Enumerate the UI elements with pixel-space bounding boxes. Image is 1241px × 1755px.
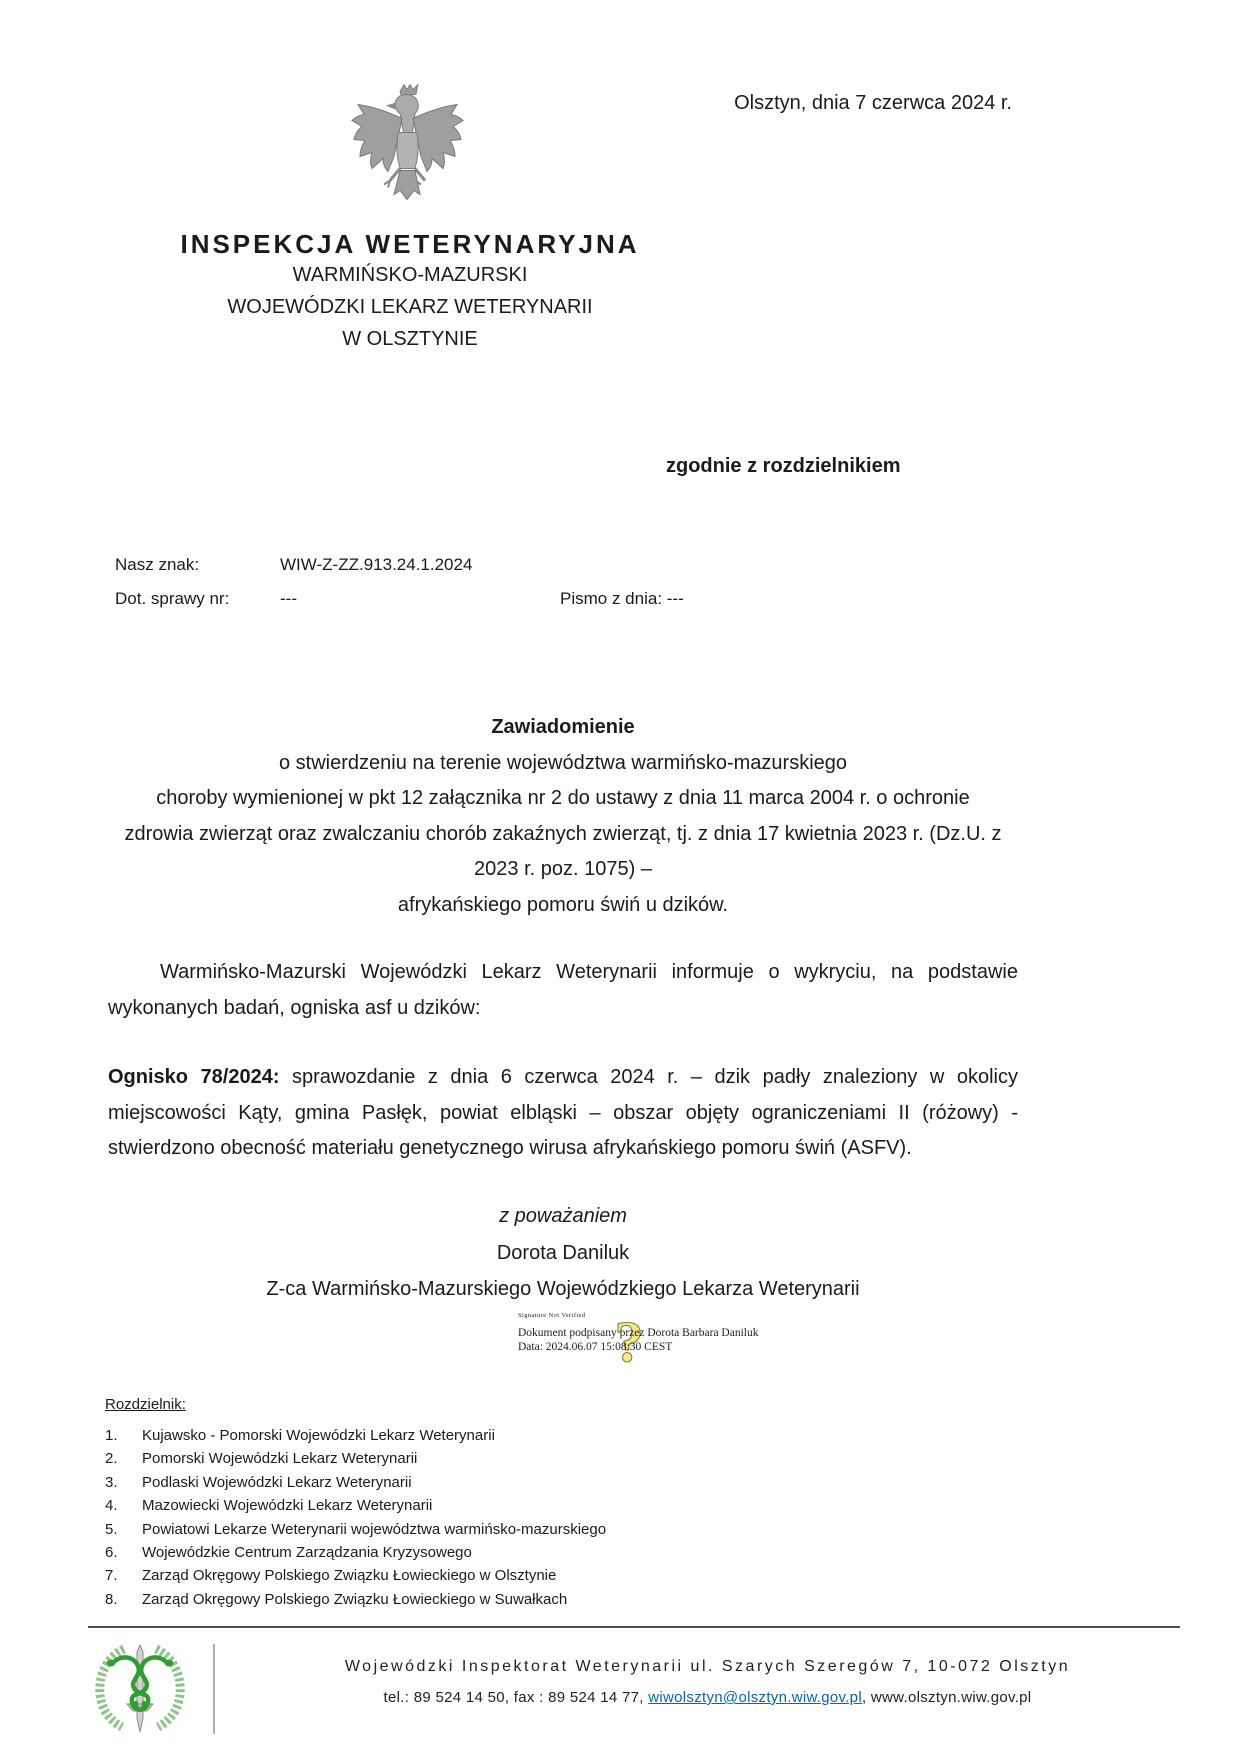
footer-tel-fax: tel.: 89 524 14 50, fax : 89 524 14 77, bbox=[384, 1689, 649, 1706]
distribution-list: 1. Kujawsko - Pomorski Wojewódzki Lekarz… bbox=[105, 1424, 905, 1611]
item-number: 2. bbox=[105, 1447, 142, 1470]
org-header: INSPEKCJA WETERYNARYJNA WARMIŃSKO-MAZURS… bbox=[100, 229, 720, 355]
dot-sprawy-value: --- bbox=[280, 589, 297, 609]
list-item: 7. Zarząd Okręgowy Polskiego Związku Łow… bbox=[105, 1564, 905, 1587]
list-item: 1. Kujawsko - Pomorski Wojewódzki Lekarz… bbox=[105, 1424, 905, 1447]
item-number: 6. bbox=[105, 1541, 142, 1564]
list-item: 2. Pomorski Wojewódzki Lekarz Weterynari… bbox=[105, 1447, 905, 1470]
nasz-znak-value: WIW-Z-ZZ.913.24.1.2024 bbox=[280, 555, 472, 575]
stamp-header: Signature Not Verified bbox=[518, 1312, 798, 1319]
stamp-signed-by: Dokument podpisany przez Dorota Barbara … bbox=[518, 1326, 798, 1340]
signer-name: Dorota Daniluk bbox=[108, 1235, 1018, 1272]
letter-page: Olsztyn, dnia 7 czerwca 2024 r. INSPEKCJ… bbox=[0, 0, 1241, 1755]
notice-line: zdrowia zwierząt oraz zwalczaniu chorób … bbox=[108, 817, 1018, 853]
intro-paragraph: Warmińsko-Mazurski Wojewódzki Lekarz Wet… bbox=[108, 955, 1018, 1026]
stamp-date: Data: 2024.06.07 15:08:30 CEST bbox=[518, 1340, 798, 1354]
item-text: Zarząd Okręgowy Polskiego Związku Łowiec… bbox=[142, 1564, 556, 1587]
footer-vertical-divider bbox=[213, 1644, 215, 1734]
veterinary-inspection-logo-icon bbox=[90, 1642, 190, 1742]
item-text: Podlaski Wojewódzki Lekarz Weterynarii bbox=[142, 1471, 412, 1494]
footer-email-link[interactable]: wiwolsztyn@olsztyn.wiw.gov.pl bbox=[648, 1689, 862, 1706]
addressee-note: zgodnie z rozdzielnikiem bbox=[666, 455, 900, 478]
org-title: INSPEKCJA WETERYNARYJNA bbox=[100, 229, 720, 259]
pismo-z-dnia: Pismo z dnia: --- bbox=[560, 589, 684, 609]
item-number: 5. bbox=[105, 1518, 142, 1541]
org-subtitle-city: W OLSZTYNIE bbox=[100, 323, 720, 355]
notice-line: afrykańskiego pomoru świń u dzików. bbox=[108, 888, 1018, 924]
notice-line: o stwierdzeniu na terenie województwa wa… bbox=[108, 746, 1018, 782]
item-text: Kujawsko - Pomorski Wojewódzki Lekarz We… bbox=[142, 1424, 495, 1447]
polish-eagle-emblem-icon bbox=[350, 82, 465, 208]
org-subtitle-office: WOJEWÓDZKI LEKARZ WETERYNARII bbox=[100, 291, 720, 323]
item-number: 1. bbox=[105, 1424, 142, 1447]
item-text: Powiatowi Lekarze Weterynarii województw… bbox=[142, 1518, 606, 1541]
notice-block: Zawiadomienie o stwierdzeniu na terenie … bbox=[108, 710, 1018, 923]
item-text: Pomorski Wojewódzki Lekarz Weterynarii bbox=[142, 1447, 417, 1470]
item-number: 4. bbox=[105, 1494, 142, 1517]
outbreak-paragraph: Ognisko 78/2024: sprawozdanie z dnia 6 c… bbox=[108, 1060, 1018, 1167]
footer-divider bbox=[88, 1626, 1180, 1628]
notice-title: Zawiadomienie bbox=[108, 710, 1018, 746]
item-number: 8. bbox=[105, 1588, 142, 1611]
item-text: Zarząd Okręgowy Polskiego Związku Łowiec… bbox=[142, 1588, 567, 1611]
item-number: 7. bbox=[105, 1564, 142, 1587]
closing-phrase: z poważaniem bbox=[108, 1198, 1018, 1235]
digital-signature-stamp: ? Signature Not Verified Dokument podpis… bbox=[518, 1312, 798, 1354]
footer-website: , www.olsztyn.wiw.gov.pl bbox=[862, 1689, 1031, 1706]
item-text: Mazowiecki Wojewódzki Lekarz Weterynarii bbox=[142, 1494, 432, 1517]
distribution-label: Rozdzielnik: bbox=[105, 1396, 186, 1413]
item-number: 3. bbox=[105, 1471, 142, 1494]
list-item: 6. Wojewódzkie Centrum Zarządzania Kryzy… bbox=[105, 1541, 905, 1564]
closing-block: z poważaniem Dorota Daniluk Z-ca Warmińs… bbox=[108, 1198, 1018, 1308]
signer-title: Z-ca Warmińsko-Mazurskiego Wojewódzkiego… bbox=[108, 1271, 1018, 1308]
footer-contact: Wojewódzki Inspektorat Weterynarii ul. S… bbox=[235, 1658, 1180, 1706]
item-text: Wojewódzkie Centrum Zarządzania Kryzysow… bbox=[142, 1541, 472, 1564]
list-item: 8. Zarząd Okręgowy Polskiego Związku Łow… bbox=[105, 1588, 905, 1611]
notice-line: choroby wymienionej w pkt 12 załącznika … bbox=[108, 781, 1018, 817]
footer-address: Wojewódzki Inspektorat Weterynarii ul. S… bbox=[235, 1658, 1180, 1676]
list-item: 5. Powiatowi Lekarze Weterynarii wojewód… bbox=[105, 1518, 905, 1541]
nasz-znak-label: Nasz znak: bbox=[115, 555, 199, 575]
footer-phones: tel.: 89 524 14 50, fax : 89 524 14 77, … bbox=[235, 1689, 1180, 1706]
notice-line: 2023 r. poz. 1075) – bbox=[108, 852, 1018, 888]
outbreak-label: Ognisko 78/2024: bbox=[108, 1066, 279, 1088]
dot-sprawy-label: Dot. sprawy nr: bbox=[115, 589, 229, 609]
document-date: Olsztyn, dnia 7 czerwca 2024 r. bbox=[734, 92, 1012, 115]
list-item: 3. Podlaski Wojewódzki Lekarz Weterynari… bbox=[105, 1471, 905, 1494]
org-subtitle-region: WARMIŃSKO-MAZURSKI bbox=[100, 259, 720, 291]
list-item: 4. Mazowiecki Wojewódzki Lekarz Weteryna… bbox=[105, 1494, 905, 1517]
